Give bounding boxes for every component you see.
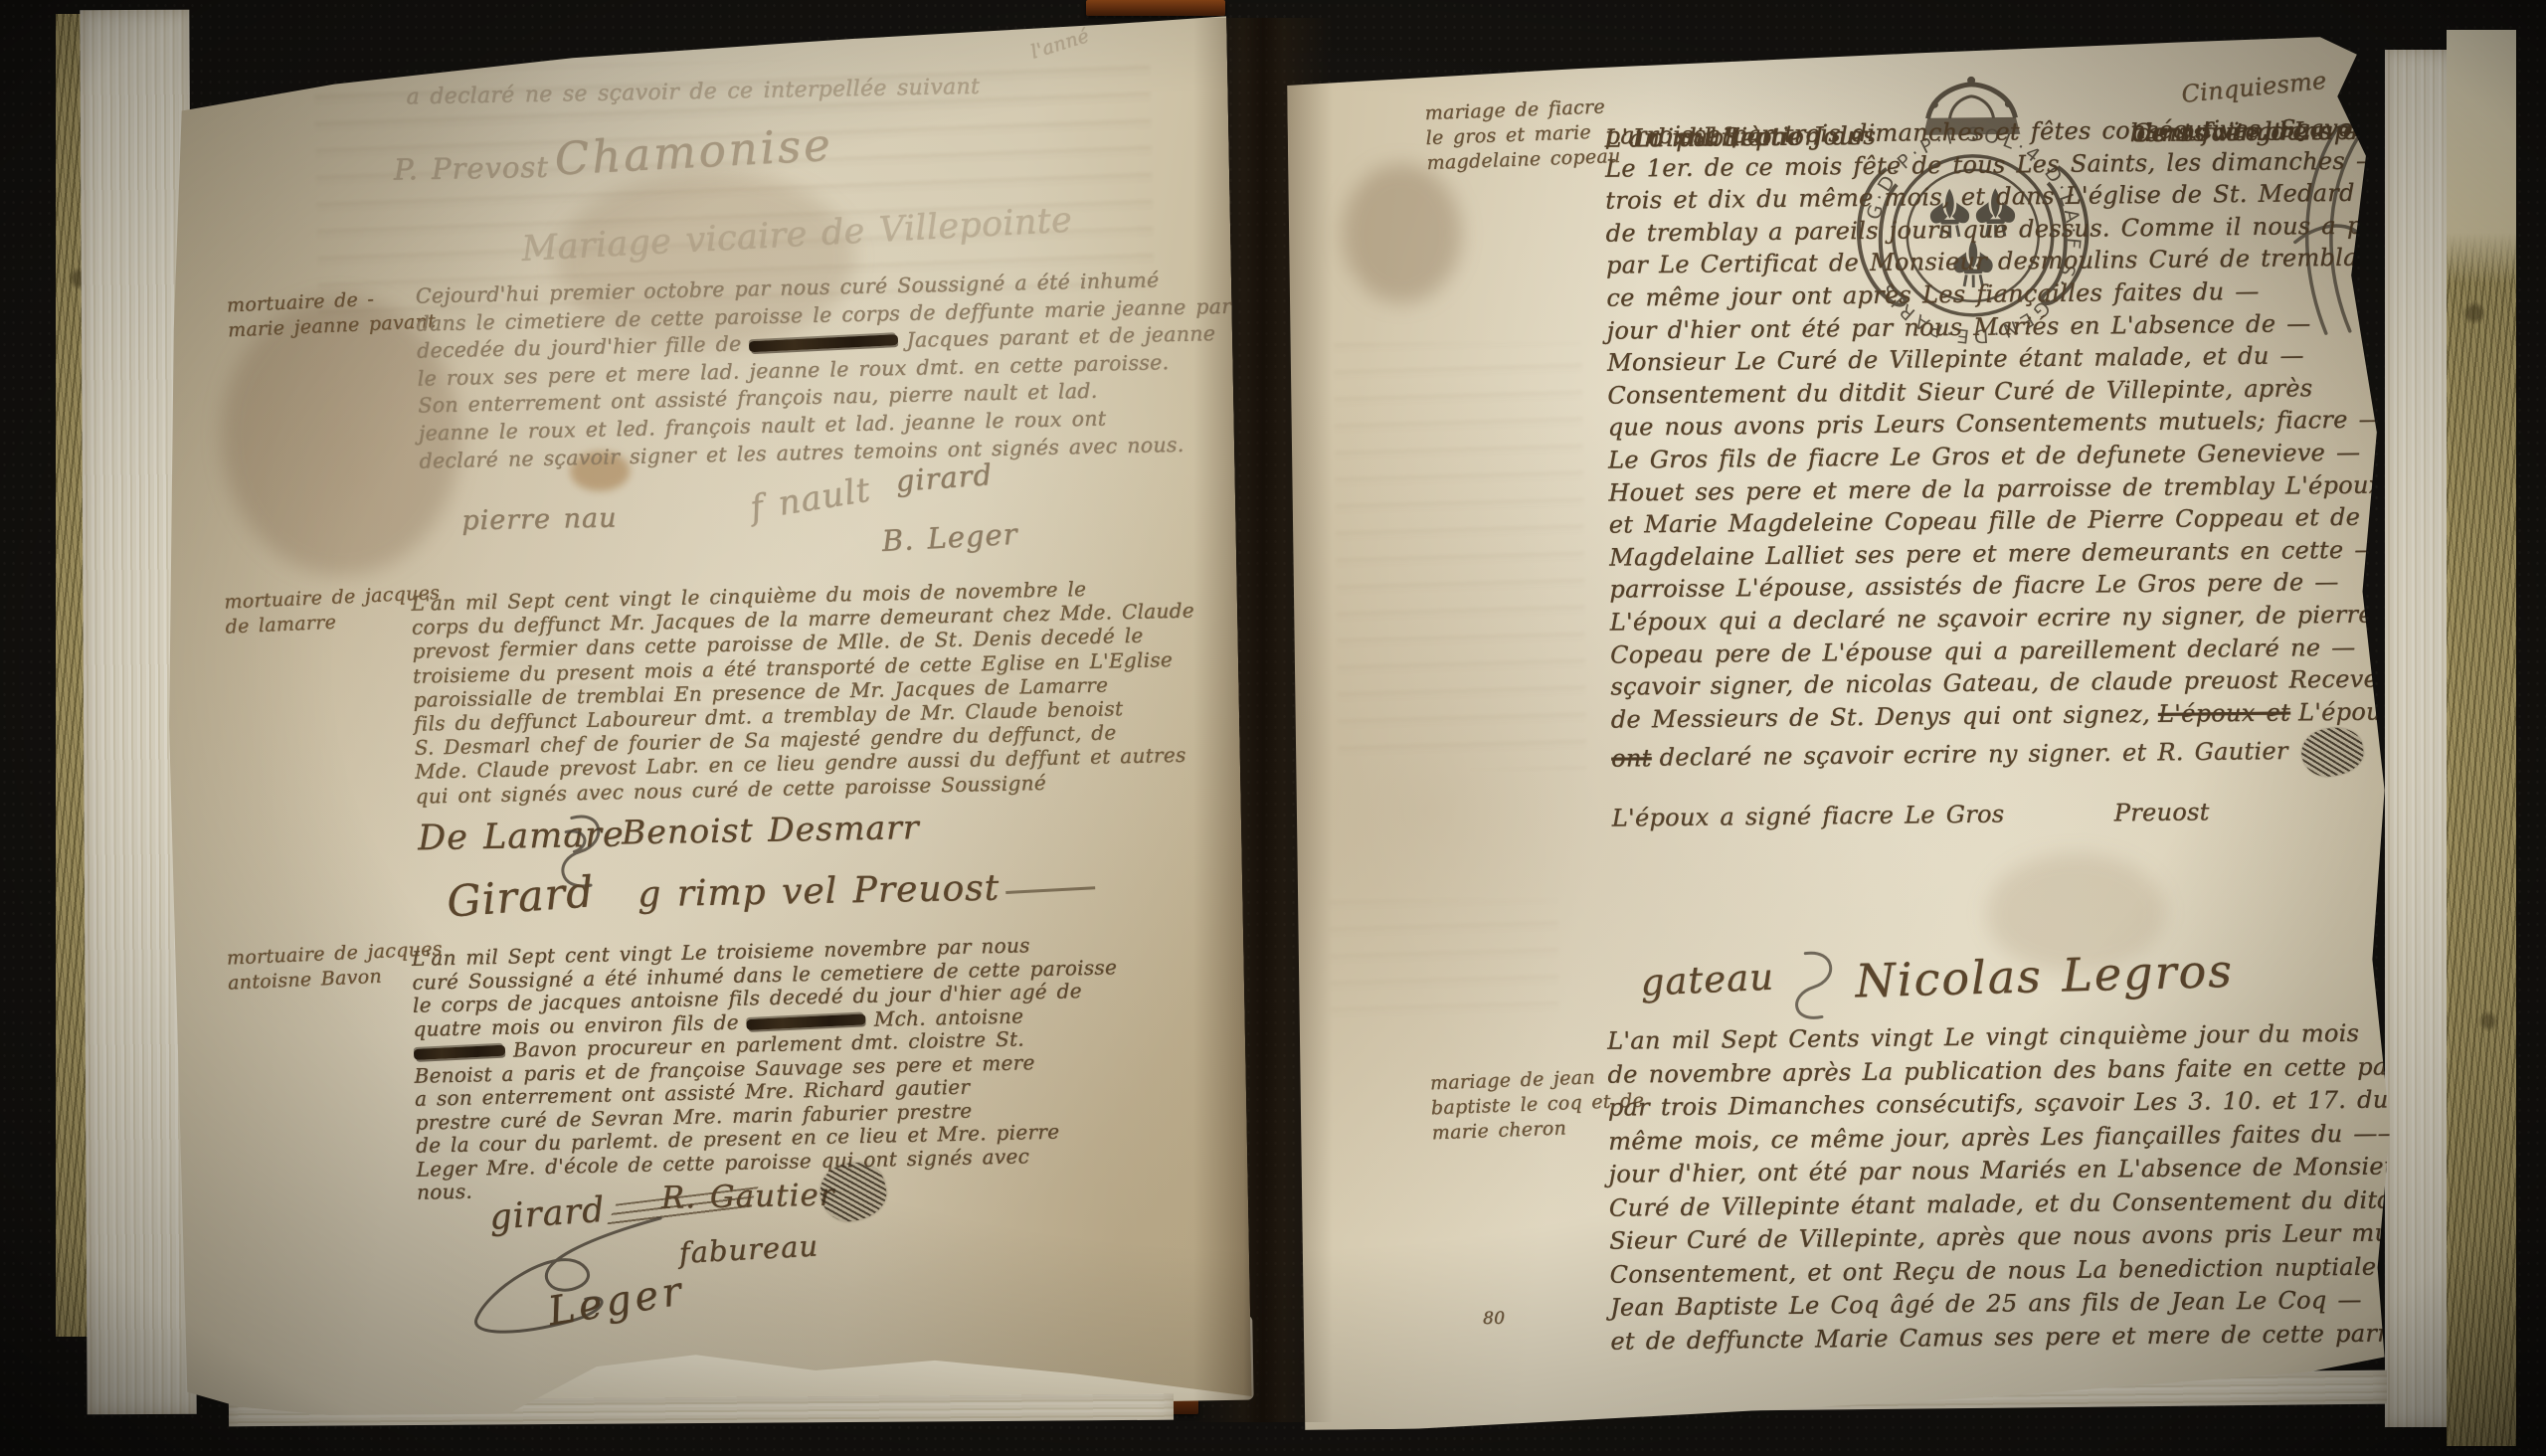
burial-entry-bavon: L'an mil Sept cent vingt Le troisieme no…: [412, 930, 1232, 1204]
margin-note-burial-lamarre: mortuaire de jacques de lamarre: [224, 581, 442, 640]
signature-b-leger: B. Leger: [881, 517, 1018, 558]
entry-line-part: La publication des: [1632, 117, 1876, 157]
ink-blot: [2298, 724, 2366, 781]
signature-gateau: gateau: [1640, 956, 1775, 1004]
signature-prevost-fragment: P. Prevost: [394, 150, 550, 187]
signature-nicolas-legros: Nicolas Legros: [1855, 944, 2235, 1008]
ink-scribble: [749, 334, 898, 352]
signature-benoist-desmarr: Benoist Desmarr: [622, 808, 920, 851]
signature-text: g rimp vel Preuost: [637, 868, 1000, 916]
ink-scribble: [747, 1013, 866, 1030]
faded-flourish-line: Mariage vicaire de Villepointe: [520, 200, 1072, 269]
left-page: a declaré ne se sçavoir de ce interpellé…: [154, 12, 1251, 1424]
binding-leather-cap: [2447, 30, 2516, 283]
signature-girard-2: Girard: [446, 867, 597, 927]
signature-pierre-nau: pierre nau: [461, 503, 618, 537]
burial-entry-pavant: Cejourd'hui premier octobre par nous cur…: [416, 266, 1215, 475]
signature-nault-flourish: f nault: [748, 470, 874, 529]
margin-note-marriage-legros: mariage de fiacre le gros et marie magde…: [1424, 94, 1621, 176]
struck-text: ont: [1611, 744, 1652, 772]
faded-fragment-line: a declaré ne se sçavoir de ce interpellé…: [406, 75, 980, 110]
signature-fabureau: fabureau: [678, 1229, 819, 1270]
signature-prevost-paraph: g rimp vel Preuost: [637, 866, 1096, 915]
entry-line-part: Preuost: [2114, 792, 2210, 832]
struck-text: L'époux et: [2158, 698, 2290, 727]
signature-knot-flourish: [1777, 947, 1848, 1027]
right-page: Cinquiesme: [1281, 34, 2450, 1438]
book-cradle-strip-top: [1086, 0, 1225, 16]
entry-line-part: L'époux a signé fiacre Le Gros: [1612, 800, 2005, 831]
entry-line-part: declaré ne sçavoir ecrire ny signer. et …: [1660, 737, 2288, 772]
entry-line-part: Jacques parant et de jeanne: [906, 321, 1215, 352]
signature-girard: girard: [895, 457, 995, 498]
burial-entry-lamarre: L'an mil Sept cent vingt le cinquième du…: [411, 574, 1221, 808]
bleed-through-text: [1334, 341, 1586, 772]
signature-flourish-chamonise: Chamonise: [553, 118, 834, 186]
marbled-endpaper-right: [2447, 30, 2516, 1446]
marriage-entry-legros: L'an mil SeptCents vingt Le — dixhuitièm…: [1605, 111, 2444, 838]
signature-dash-flourish: [1005, 886, 1095, 894]
photographed-register-spread: a declaré ne se sçavoir de ce interpellé…: [0, 0, 2546, 1456]
faded-corner-note: l'anné: [1028, 25, 1092, 64]
bleed-through-text: [1330, 898, 1559, 1019]
ink-scribble: [414, 1045, 505, 1060]
folio-number: 80: [1483, 1309, 1505, 1329]
entry-line: L'époux a signé fiacre Le GrosPreuost: [1612, 790, 2443, 838]
quire-mark: Cinquiesme: [2180, 67, 2328, 108]
paper-stain: [1342, 163, 1462, 303]
entry-line-part: decedée du jourd'hier fille de: [417, 332, 742, 363]
marriage-entry-lecoq: L'an mil Sept Cents vingt Le vingt cinqu…: [1607, 1016, 2451, 1359]
margin-note-burial-pavant: mortuaire de - marie jeanne pavant: [226, 284, 436, 343]
entry-line-part: de Messieurs de St. Denys qui ont signez…: [1611, 700, 2150, 734]
